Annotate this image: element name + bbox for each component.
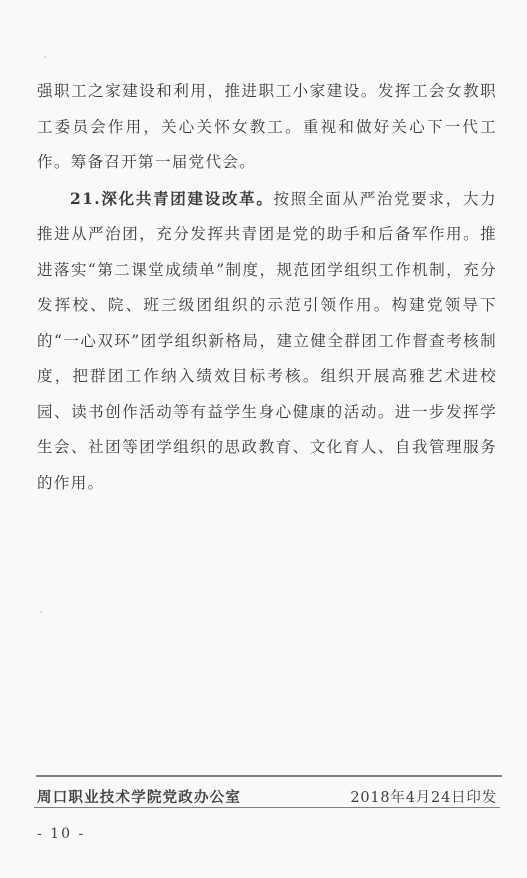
scan-speck [40,611,42,613]
paragraph-text: 强职工之家建设和利用，推进职工小家建设。发挥工会女教职工委员会作用，关心关怀女教… [37,82,497,171]
item-heading: 21.深化共青团建设改革。 [70,189,274,208]
scan-speck [44,56,46,58]
issue-date: 2018年4月24日印发 [350,788,497,808]
footer-bottom-rule [34,807,500,808]
page-number: - 10 - [37,824,85,844]
paragraph-continuation: 强职工之家建设和利用，推进职工小家建设。发挥工会女教职工委员会作用，关心关怀女教… [37,74,497,181]
document-body: 强职工之家建设和利用，推进职工小家建设。发挥工会女教职工委员会作用，关心关怀女教… [37,74,497,501]
issuing-office: 周口职业技术学院党政办公室 [37,788,241,808]
paragraph-item-21: 21.深化共青团建设改革。按照全面从严治党要求，大力推进从严治团，充分发挥共青团… [37,181,497,502]
paragraph-text: 按照全面从严治党要求，大力推进从严治团，充分发挥共青团是党的助手和后备军作用。推… [37,190,497,492]
footer-issuance-line: 周口职业技术学院党政办公室 2018年4月24日印发 [37,788,497,808]
document-page: 强职工之家建设和利用，推进职工小家建设。发挥工会女教职工委员会作用，关心关怀女教… [0,0,527,878]
footer-top-rule [36,775,502,777]
